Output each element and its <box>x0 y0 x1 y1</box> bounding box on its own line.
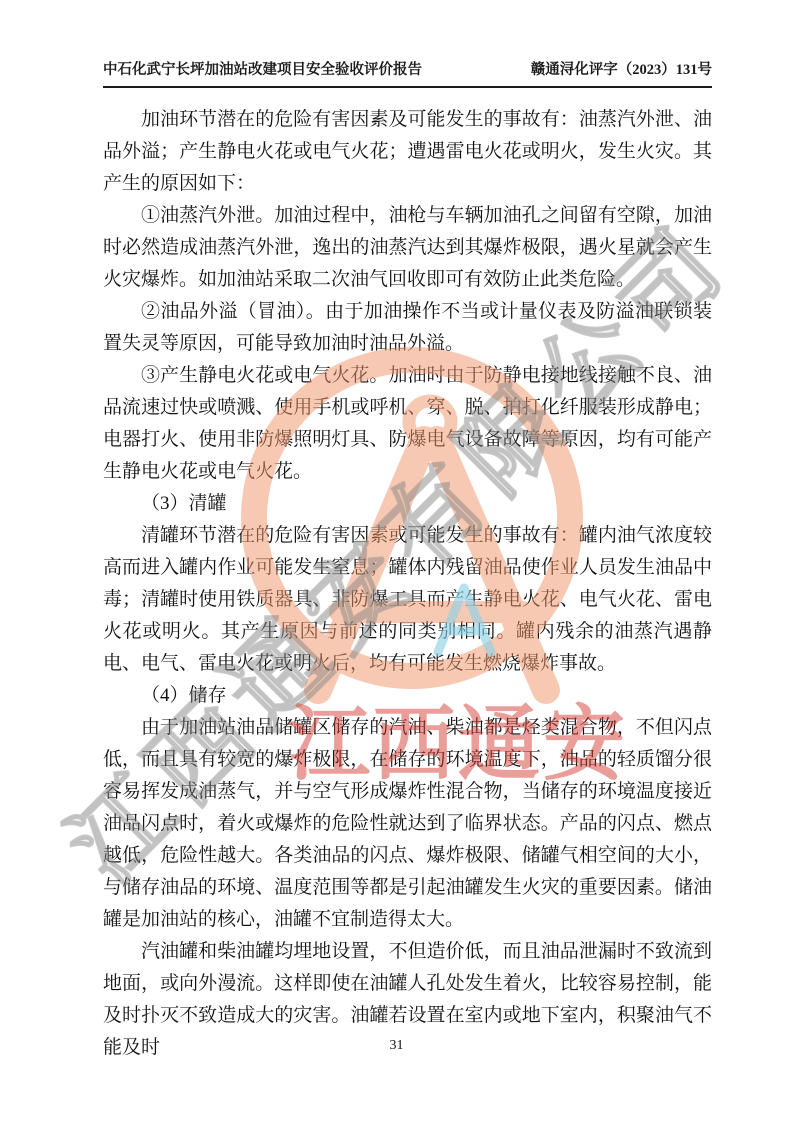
paragraph-tank-cleaning-hazards: 清罐环节潜在的危险有害因素或可能发生的事故有：罐内油气浓度较高而进入罐内作业可能… <box>103 520 712 680</box>
report-body: 加油环节潜在的危险有害因素及可能发生的事故有：油蒸汽外泄、油品外溢；产生静电火花… <box>103 104 712 1064</box>
paragraph-refueling-hazards-intro: 加油环节潜在的危险有害因素及可能发生的事故有：油蒸汽外泄、油品外溢；产生静电火花… <box>103 104 712 200</box>
heading-tank-cleaning: （3）清罐 <box>103 488 712 520</box>
header-divider <box>103 86 712 88</box>
header-doc-number: 赣通浔化评字（2023）131号 <box>531 58 712 79</box>
paragraph-static-electric-spark: ③产生静电火花或电气火花。加油时由于防静电接地线接触不良、油品流速过快或喷溅、使… <box>103 360 712 488</box>
header-report-title: 中石化武宁长坪加油站改建项目安全验收评价报告 <box>103 58 422 79</box>
heading-storage: （4）储存 <box>103 680 712 712</box>
paragraph-storage-hazards: 由于加油站油品储罐区储存的汽油、柴油都是烃类混合物，不但闪点低，而且具有较宽的爆… <box>103 712 712 936</box>
page-number: 31 <box>0 1038 793 1054</box>
paragraph-oil-overflow: ②油品外溢（冒油）。由于加油操作不当或计量仪表及防溢油联锁装置失灵等原因，可能导… <box>103 296 712 360</box>
page-header: 中石化武宁长坪加油站改建项目安全验收评价报告 赣通浔化评字（2023）131号 <box>103 58 712 79</box>
paragraph-vapor-leak: ①油蒸汽外泄。加油过程中，油枪与车辆加油孔之间留有空隙，加油时必然造成油蒸汽外泄… <box>103 200 712 296</box>
report-page: 中石化武宁长坪加油站改建项目安全验收评价报告 赣通浔化评字（2023）131号 … <box>0 0 793 1122</box>
